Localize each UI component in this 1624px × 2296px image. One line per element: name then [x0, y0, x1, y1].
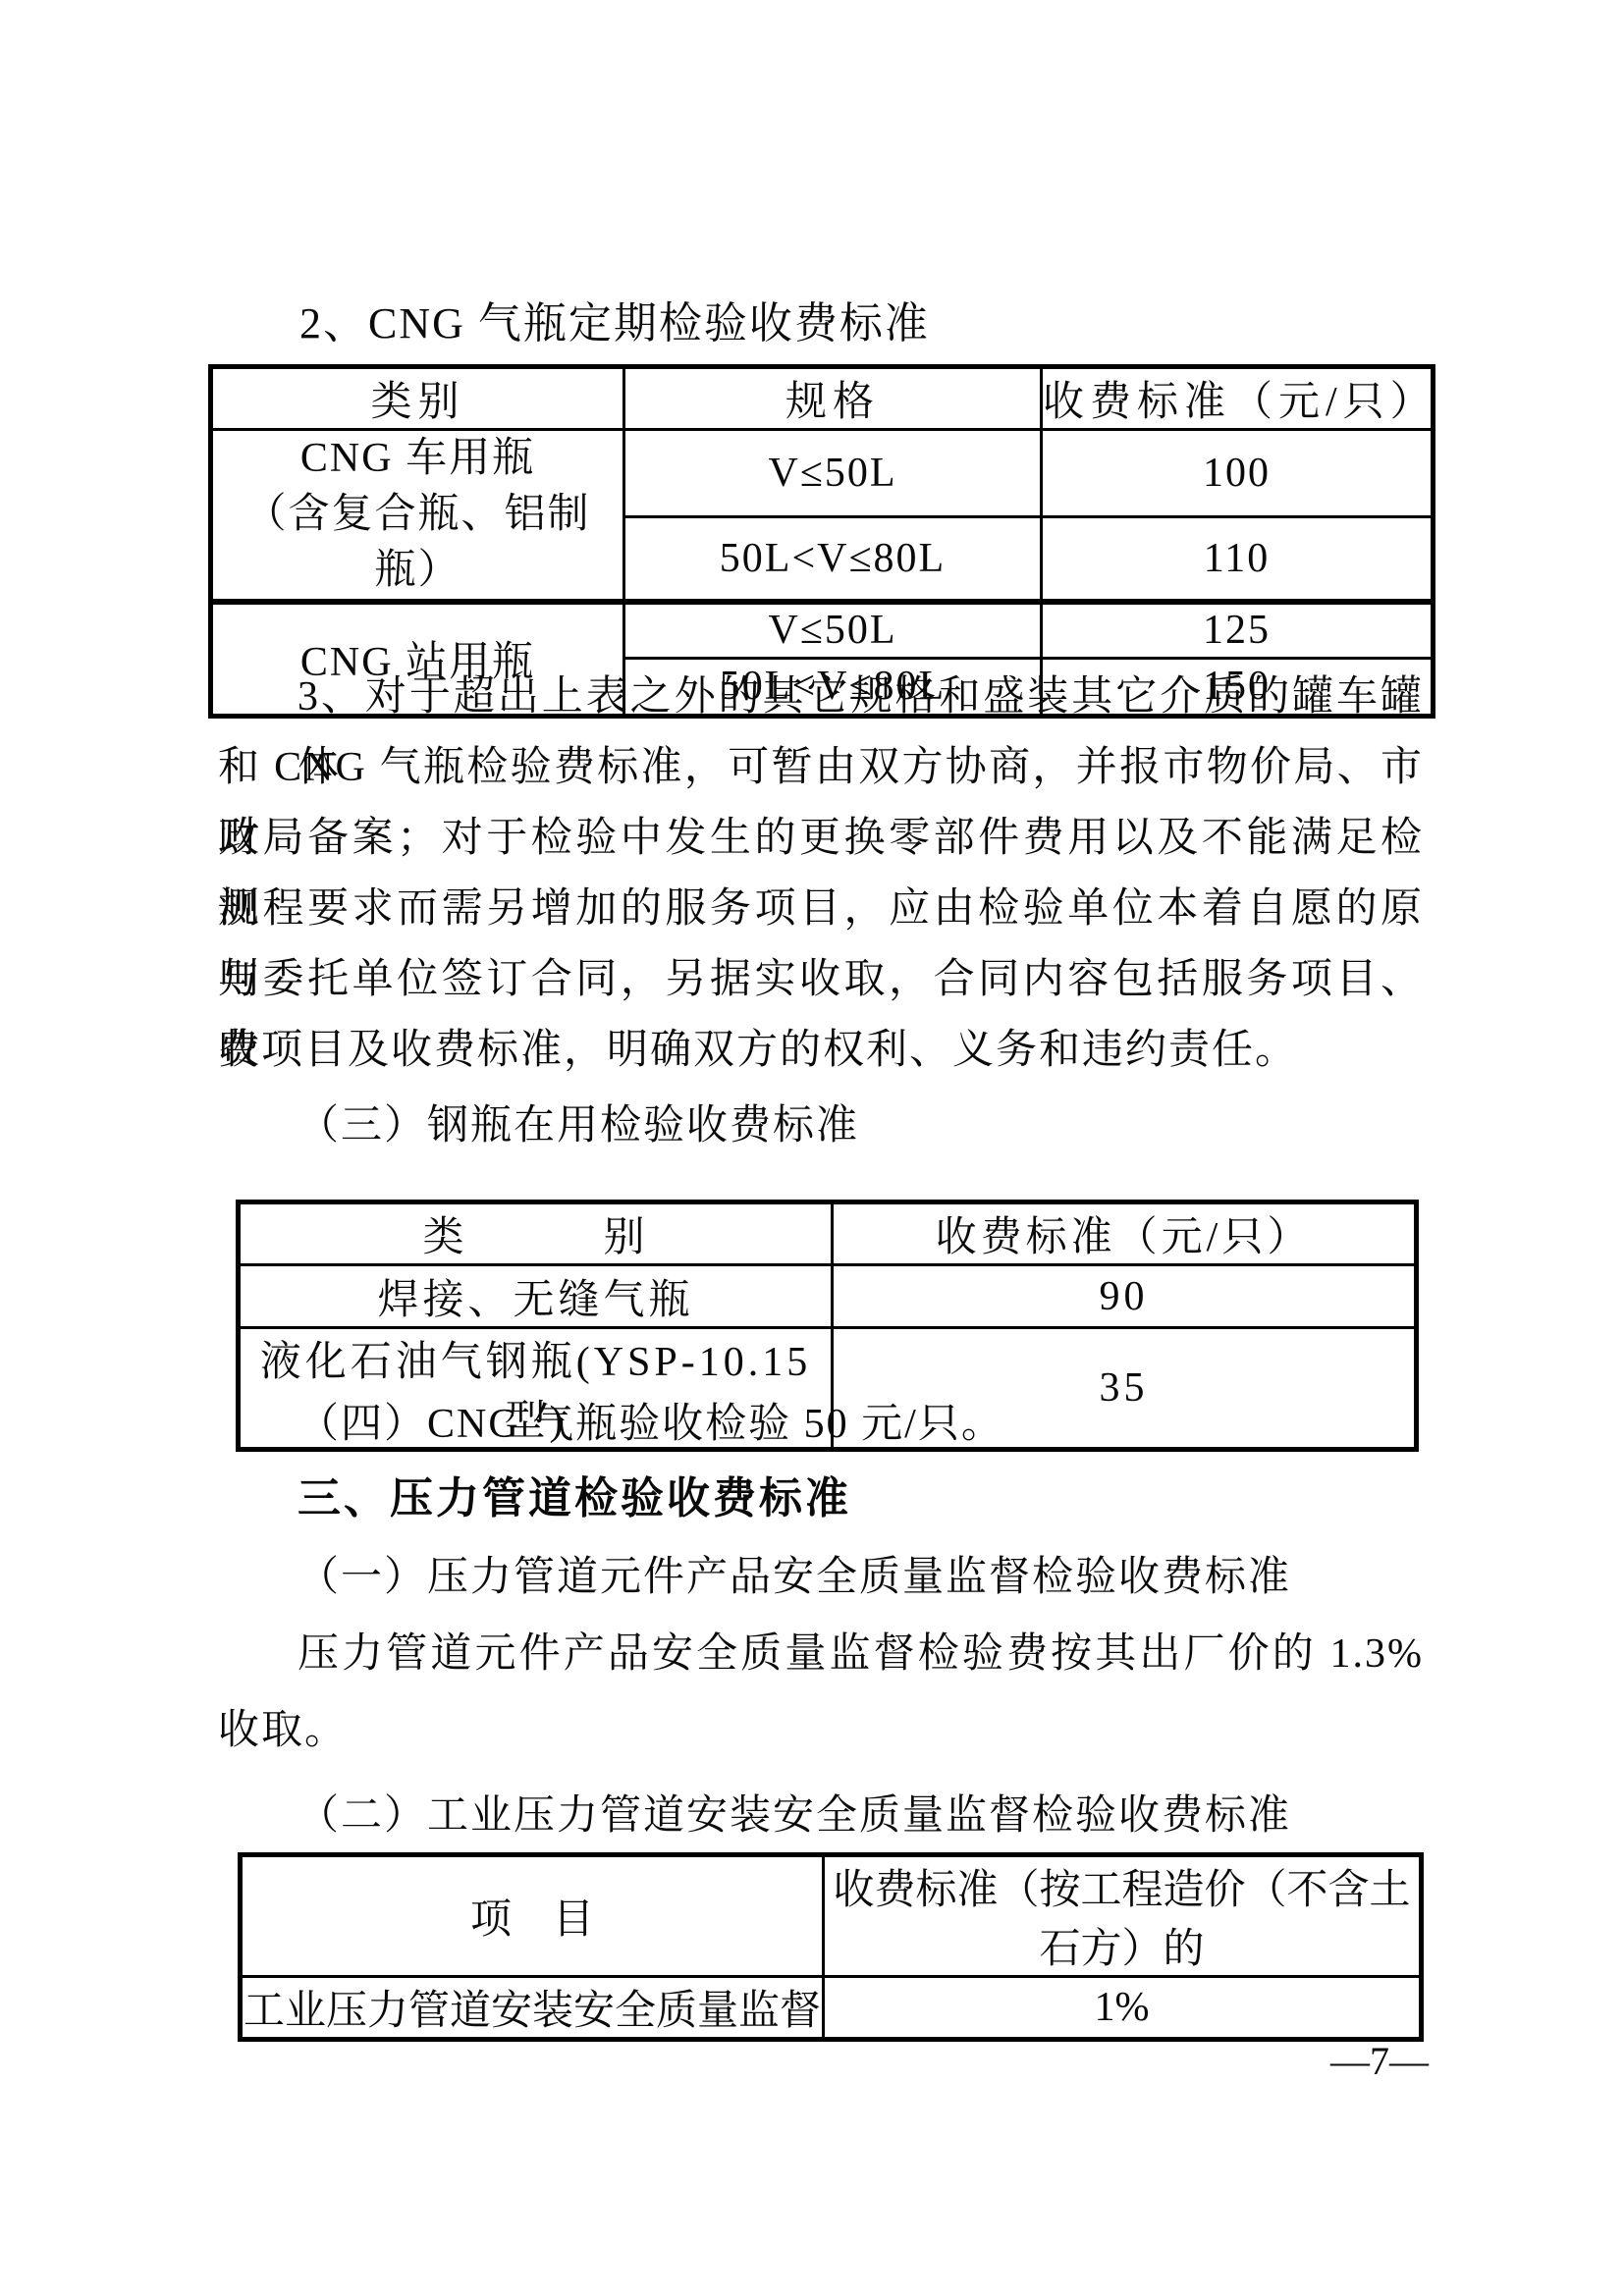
header-cell-category: 类别 — [211, 367, 624, 430]
paragraph-line: 规程要求而需另增加的服务项目，应由检验单位本着自愿的原则 — [218, 874, 1424, 944]
fee-cell: 100 — [1042, 430, 1434, 517]
table-row: CNG 车用瓶 （含复合瓶、铝制瓶） V≤50L 100 — [211, 430, 1434, 517]
paragraph-line: 3、对于超出上表之外的其它规格和盛装其它介质的罐车罐体 — [218, 662, 1424, 732]
table-row: CNG 站用瓶 V≤50L 125 — [211, 602, 1434, 658]
table-row: 工业压力管道安装安全质量监督 1% — [241, 1977, 1422, 2040]
header-cell-item: 项 目 — [241, 1855, 824, 1977]
header-cell-fee: 收费标准（按工程造价（不含土石方）的 — [824, 1855, 1422, 1977]
category-cell: 焊接、无缝气瓶 — [239, 1265, 833, 1328]
item-cell: 工业压力管道安装安全质量监督 — [241, 1977, 824, 2040]
heading-cng-acceptance-fee: （四）CNG 气瓶验收检验 50 元/只。 — [218, 1389, 1424, 1460]
pipeline-installation-fee-table: 项 目 收费标准（按工程造价（不含土石方）的 工业压力管道安装安全质量监督 1% — [238, 1852, 1424, 2042]
table-header-row: 类 别 收费标准（元/只） — [239, 1202, 1417, 1265]
spec-cell: V≤50L — [624, 602, 1042, 658]
heading-section3-1: （一）压力管道元件产品安全质量监督检验收费标准 — [218, 1542, 1424, 1613]
table-header-row: 项 目 收费标准（按工程造价（不含土石方）的 — [241, 1855, 1422, 1977]
section3-1-body-line2: 收取。 — [218, 1695, 1424, 1766]
table-row: 焊接、无缝气瓶 90 — [239, 1265, 1417, 1328]
fee-cell: 1% — [824, 1977, 1422, 2040]
category-cell-vehicle-cylinder: CNG 车用瓶 （含复合瓶、铝制瓶） — [211, 430, 624, 603]
header-cell-category: 类 别 — [239, 1202, 833, 1265]
fee-cell: 125 — [1042, 602, 1434, 658]
fee-cell: 90 — [833, 1265, 1417, 1328]
paragraph-line: 和 CNG 气瓶检验费标准，可暂由双方协商，并报市物价局、市财 — [218, 732, 1424, 803]
paragraph-line: 政局备案；对于检验中发生的更换零部件费用以及不能满足检测 — [218, 803, 1424, 874]
header-cell-spec: 规格 — [624, 367, 1042, 430]
spec-cell: 50L<V≤80L — [624, 517, 1042, 602]
page-number: —7— — [1306, 2037, 1453, 2086]
heading-cng-periodic-fee: 2、CNG 气瓶定期检验收费标准 — [299, 294, 930, 353]
paragraph-item-3: 3、对于超出上表之外的其它规格和盛装其它介质的罐车罐体 和 CNG 气瓶检验费标… — [218, 662, 1424, 1086]
category-label-line1: CNG 车用瓶 — [213, 431, 623, 487]
fee-cell: 110 — [1042, 517, 1434, 602]
paragraph-line: 费项目及收费标准，明确双方的权利、义务和违约责任。 — [218, 1015, 1424, 1086]
table-header-row: 类别 规格 收费标准（元/只） — [211, 367, 1434, 430]
paragraph-line: 与委托单位签订合同，另据实收取，合同内容包括服务项目、收 — [218, 944, 1424, 1015]
heading-section3-2: （二）工业压力管道安装安全质量监督检验收费标准 — [218, 1781, 1424, 1851]
section3-1-body-line1: 压力管道元件产品安全质量监督检验费按其出厂价的 1.3% — [218, 1619, 1424, 1689]
document-page: 2、CNG 气瓶定期检验收费标准 类别 规格 收费标准（元/只） CNG 车用瓶… — [0, 0, 1624, 2296]
header-cell-fee: 收费标准（元/只） — [1042, 367, 1434, 430]
heading-steel-cylinder-fee: （三）钢瓶在用检验收费标准 — [218, 1091, 1424, 1161]
heading-section3-pipeline-fee: 三、压力管道检验收费标准 — [218, 1464, 1424, 1534]
spec-cell: V≤50L — [624, 430, 1042, 517]
header-cell-fee: 收费标准（元/只） — [833, 1202, 1417, 1265]
category-label-line2: （含复合瓶、铝制瓶） — [213, 487, 623, 599]
